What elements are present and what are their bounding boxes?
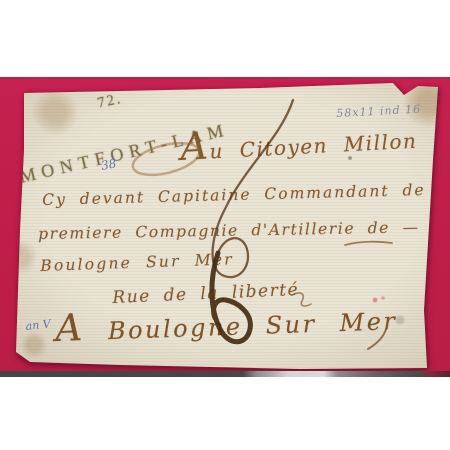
pencil-annotation-number: 38	[100, 156, 117, 172]
photo-background: 72. MONTFORT-LAM 58x11 ind 16 38 an V Au…	[0, 77, 450, 377]
letter-wrapper: 72. MONTFORT-LAM 58x11 ind 16 38 an V Au…	[0, 77, 450, 377]
photo-bottom-shadow	[0, 371, 450, 377]
letter-front: 72. MONTFORT-LAM 58x11 ind 16 38 an V Au…	[0, 77, 450, 377]
address-line-destination: A Boulogne Sur Mer	[55, 307, 398, 347]
address-line-town: Boulogne Sur Mer	[40, 250, 234, 275]
pencil-annotation-top-right: 58x11 ind 16	[336, 103, 421, 120]
postmark-department-number: 72.	[96, 91, 124, 113]
address-line-street: Rue de la liberté	[112, 280, 300, 308]
product-photo-canvas: 72. MONTFORT-LAM 58x11 ind 16 38 an V Au…	[0, 0, 450, 450]
pencil-annotation-year: an V	[25, 317, 51, 333]
line3-dash-flourish	[345, 242, 392, 245]
address-line-company: premiere Compagnie d'Artillerie de —	[38, 218, 420, 243]
address-line-title: Cy devant Capitaine Commandant de la	[42, 180, 450, 209]
